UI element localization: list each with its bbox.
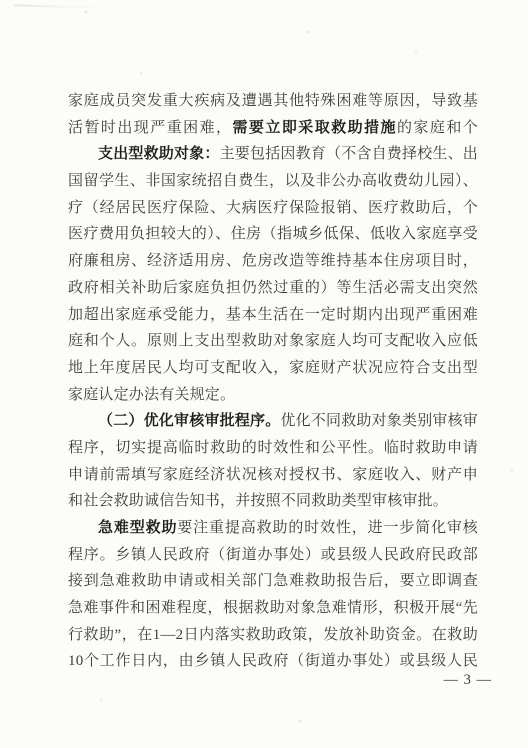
body-text: 庭和个人。原则上支出型救助对象家庭人均可支配收入应低于当 xyxy=(68,333,478,355)
text-line: 家庭认定办法有关规定。 xyxy=(68,382,478,409)
text-line: 急难型救助要注重提高救助的时效性，进一步简化审核审批 xyxy=(68,515,478,542)
text-line: 加超出家庭承受能力，基本生活在一定时期内出现严重困难的家 xyxy=(68,302,478,329)
scan-artifact xyxy=(14,4,134,9)
text-line: 医疗费用负担较大的）、住房（指城乡低保、低收入家庭享受政 xyxy=(68,221,478,248)
text-line: 10个工作日内，由乡镇人民政府（街道办事处）或县级人民政 xyxy=(68,648,478,675)
body-text: 接到急难救助申请或相关部门急难救助报告后，要立即调查核实 xyxy=(68,573,478,595)
text-line: 庭和个人。原则上支出型救助对象家庭人均可支配收入应低于当 xyxy=(68,328,478,355)
body-text: 地上年度居民人均可支配收入，家庭财产状况应符合支出型贫困 xyxy=(68,360,478,382)
text-line: 政府相关补助后家庭负担仍然过重的）等生活必需支出突然增 xyxy=(68,275,478,302)
text-line: 急难事件和困难程度，根据救助对象急难情形，积极开展“先 xyxy=(68,595,478,622)
emphasis-text: （二）优化审核审批程序。 xyxy=(98,413,280,429)
body-text: 程序，切实提高临时救助的时效性和公平性。临时救助申请人在 xyxy=(68,440,478,462)
body-text: 疗（经居民医疗保险、大病医疗保险报销、医疗救助后，个人 xyxy=(68,200,478,222)
emphasis-text: 支出型救助对象： xyxy=(98,146,220,162)
text-line: 地上年度居民人均可支配收入，家庭财产状况应符合支出型贫困 xyxy=(68,355,478,382)
text-line: （二）优化审核审批程序。优化不同救助对象类别审核审批 xyxy=(68,408,478,435)
body-text: 程序。乡镇人民政府（街道办事处）或县级人民政府民政部门 xyxy=(68,547,478,569)
text-line: 疗（经居民医疗保险、大病医疗保险报销、医疗救助后，个人 xyxy=(68,195,478,222)
body-text: 主要包括因教育（不含自费择校生、出 xyxy=(220,146,478,162)
body-text: 加超出家庭承受能力，基本生活在一定时期内出现严重困难的家 xyxy=(68,307,478,329)
text-line: 支出型救助对象：主要包括因教育（不含自费择校生、出 xyxy=(68,141,478,168)
body-text: 政府相关补助后家庭负担仍然过重的）等生活必需支出突然增 xyxy=(68,280,478,302)
text-line: 接到急难救助申请或相关部门急难救助报告后，要立即调查核实 xyxy=(68,568,478,595)
body-text: 府廉租房、经济适用房、危房改造等维持基本住房项目时，扣除 xyxy=(68,253,478,275)
text-line: 活暂时出现严重困难，需要立即采取救助措施的家庭和个人。 xyxy=(68,115,478,142)
text-line: 和社会救助诚信告知书，并按照不同救助类型审核审批。 xyxy=(68,488,478,515)
emphasis-text: 急难型救助 xyxy=(98,520,177,536)
page-number: — 3 — xyxy=(444,672,493,689)
text-line: 申请前需填写家庭经济状况核对授权书、家庭收入、财产申报表 xyxy=(68,462,478,489)
body-text: 家庭成员突发重大疾病及遭遇其他特殊困难等原因，导致基本生 xyxy=(68,93,478,115)
body-text: 家庭认定办法有关规定。 xyxy=(68,387,235,403)
body-text: 申请前需填写家庭经济状况核对授权书、家庭收入、财产申报表 xyxy=(68,467,478,489)
text-line: 程序。乡镇人民政府（街道办事处）或县级人民政府民政部门 xyxy=(68,542,478,569)
emphasis-text: 需要立即采取救助措施 xyxy=(232,120,396,136)
body-text: 医疗费用负担较大的）、住房（指城乡低保、低收入家庭享受政 xyxy=(68,226,478,248)
body-text: 和社会救助诚信告知书，并按照不同救助类型审核审批。 xyxy=(68,493,448,509)
document-body: 家庭成员突发重大疾病及遭遇其他特殊困难等原因，导致基本生活暂时出现严重困难，需要… xyxy=(68,88,478,675)
text-line: 府廉租房、经济适用房、危房改造等维持基本住房项目时，扣除 xyxy=(68,248,478,275)
text-line: 国留学生、非国家统招自费生，以及非公办高收费幼儿园）、医 xyxy=(68,168,478,195)
body-text: 行救助”，在1—2日内落实救助政策，发放补助资金。在救助后 xyxy=(68,627,478,649)
body-text: 国留学生、非国家统招自费生，以及非公办高收费幼儿园）、医 xyxy=(68,173,478,195)
text-line: 程序，切实提高临时救助的时效性和公平性。临时救助申请人在 xyxy=(68,435,478,462)
text-line: 家庭成员突发重大疾病及遭遇其他特殊困难等原因，导致基本生 xyxy=(68,88,478,115)
body-text: 10个工作日内，由乡镇人民政府（街道办事处）或县级人民政 xyxy=(68,653,478,675)
document-page: 家庭成员突发重大疾病及遭遇其他特殊困难等原因，导致基本生活暂时出现严重困难，需要… xyxy=(0,0,528,748)
body-text: 急难事件和困难程度，根据救助对象急难情形，积极开展“先 xyxy=(68,600,478,616)
body-text: 活暂时出现严重困难， xyxy=(68,120,232,136)
text-line: 行救助”，在1—2日内落实救助政策，发放补助资金。在救助后 xyxy=(68,622,478,649)
